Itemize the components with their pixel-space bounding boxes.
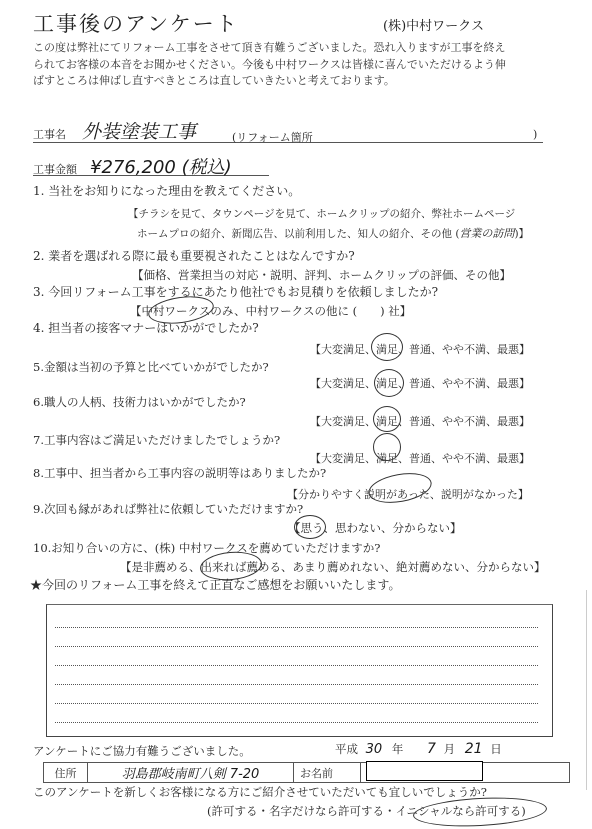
permission-question: このアンケートを新しくお客様になる方にご紹介させていただいても宜しいでしょうか? xyxy=(33,784,487,800)
comment-line-4 xyxy=(55,684,538,685)
month-label: 月 xyxy=(444,742,456,756)
question-5-selection-circle xyxy=(374,369,404,397)
survey-title: 工事後のアンケート xyxy=(33,8,239,38)
question-1-options-text: ホームプロの紹介、新聞広告、以前利用した、知人の紹介、その他 ( xyxy=(137,228,459,240)
date-row: 平成 30 年 7 月 21 日 xyxy=(335,741,502,757)
question-10-options[interactable]: 【是非薦める、出来れば薦める、あまり薦めれない、絶対薦めない、分からない】 xyxy=(120,559,546,575)
question-7-number: 7. xyxy=(33,433,44,447)
address-label: 住所 xyxy=(44,763,88,782)
question-5-options[interactable]: 【大変満足、満足、普通、やや不満、最悪】 xyxy=(310,375,530,391)
question-3-text: 今回リフォーム工事をするにあたり他社でもお見積りを依頼しましたか? xyxy=(48,285,438,299)
question-2-number: 2. xyxy=(33,249,44,263)
company-name: (株)中村ワークス xyxy=(383,15,484,34)
day-label: 日 xyxy=(490,742,502,756)
question-3: 3. 今回リフォーム工事をするにあたり他社でもお見積りを依頼しましたか? xyxy=(33,283,438,300)
thanks-text: アンケートにご協力有難うございました。 xyxy=(33,743,251,759)
comment-textarea[interactable] xyxy=(46,604,553,737)
question-5: 5.金額は当初の予算と比べていかがでしたか? xyxy=(33,359,269,375)
redacted-name-box xyxy=(366,761,483,781)
question-7: 7.工事内容はご満足いただけましたでしょうか? xyxy=(33,432,280,448)
question-10: 10.お知り合いの方に、(株) 中村ワークスを薦めていただけますか? xyxy=(33,540,380,556)
intro-line-3: ばすところは伸ばし直すべきところは直していきたいと考えております。 xyxy=(33,73,506,90)
year-label: 年 xyxy=(392,742,404,756)
customer-info-table: 住所 羽島郡岐南町八剣 7-20 お名前 xyxy=(43,762,570,783)
question-2-options[interactable]: 【価格、営業担当の対応・説明、評判、ホームクリップの評価、その他】 xyxy=(132,267,511,283)
project-name-field[interactable]: 外装塗装工事 xyxy=(82,117,196,144)
question-4-selection-circle xyxy=(371,333,403,361)
reform-location-label: (リフォーム箇所 xyxy=(232,129,313,145)
intro-line-2: られてお客様の本音をお聞かせください。今後も中村ワークスは皆様に喜んでいただける… xyxy=(33,57,506,74)
question-1-other-field[interactable]: 営業の訪問 xyxy=(459,227,514,240)
question-1-options-end: )】 xyxy=(514,228,529,240)
amount-label: 工事金額 xyxy=(33,161,77,177)
month-field[interactable]: 7 xyxy=(427,741,436,757)
question-4-number: 4. xyxy=(33,321,44,335)
question-6: 6.職人の人柄、技術力はいかがでしたか? xyxy=(33,394,246,410)
question-9-text: 次回も縁があれば弊社に依頼していただけますか? xyxy=(44,502,303,516)
question-10-text: お知り合いの方に、(株) 中村ワークスを薦めていただけますか? xyxy=(51,541,380,555)
comment-line-6 xyxy=(55,722,538,723)
question-4-options[interactable]: 【大変満足、満足、普通、やや不満、最悪】 xyxy=(310,341,530,357)
question-5-text: 金額は当初の予算と比べていかがでしたか? xyxy=(44,360,269,374)
year-field[interactable]: 30 xyxy=(366,742,383,757)
intro-line-1: この度は弊社にてリフォーム工事をさせて頂き有難うございました。恐れ入りますが工事… xyxy=(33,40,506,57)
question-8-number: 8. xyxy=(33,466,44,480)
question-1: 1. 当社をお知りになった理由を教えてください。 xyxy=(33,182,300,199)
question-9: 9.次回も縁があれば弊社に依頼していただけますか? xyxy=(33,501,303,517)
reform-location-close: ) xyxy=(533,128,537,141)
address-value: 羽島郡岐南町八剣 7-20 xyxy=(122,763,260,782)
intro-text: この度は弊社にてリフォーム工事をさせて頂き有難うございました。恐れ入りますが工事… xyxy=(33,40,506,90)
comment-line-5 xyxy=(55,703,538,704)
question-5-number: 5. xyxy=(33,360,44,374)
comment-line-3 xyxy=(55,665,538,666)
question-7-text: 工事内容はご満足いただけましたでしょうか? xyxy=(44,433,280,447)
question-7-options[interactable]: 【大変満足、満足、普通、やや不満、最悪】 xyxy=(310,450,530,466)
question-6-selection-circle xyxy=(373,406,401,432)
comment-prompt: ★今回のリフォーム工事を終えて正直なご感想をお願いいたします。 xyxy=(30,576,400,593)
question-9-number: 9. xyxy=(33,502,44,516)
day-field[interactable]: 21 xyxy=(465,741,483,757)
question-2-text: 業者を選ばれる際に最も重要視されたことはなんですか? xyxy=(48,249,354,263)
name-label: お名前 xyxy=(294,763,361,782)
question-10-number: 10. xyxy=(33,541,51,555)
amount-field[interactable]: ¥276,200 (税込) xyxy=(90,153,232,179)
question-4-text: 担当者の接客マナーはいかがでしたか? xyxy=(48,321,258,335)
question-6-text: 職人の人柄、技術力はいかがでしたか? xyxy=(44,395,246,409)
question-1-options-line-1: 【チラシを見て、タウンページを見て、ホームクリップの紹介、弊社ホームページ xyxy=(128,206,515,221)
question-3-number: 3. xyxy=(33,285,44,299)
question-2: 2. 業者を選ばれる際に最も重要視されたことはなんですか? xyxy=(33,247,355,264)
question-9-selection-circle xyxy=(294,515,326,539)
question-6-options[interactable]: 【大変満足、満足、普通、やや不満、最悪】 xyxy=(310,413,530,429)
question-6-number: 6. xyxy=(33,395,44,409)
question-8: 8.工事中、担当者から工事内容の説明等はありましたか? xyxy=(33,465,326,481)
address-field[interactable]: 羽島郡岐南町八剣 7-20 xyxy=(88,763,294,782)
era-label: 平成 xyxy=(335,742,358,756)
question-8-text: 工事中、担当者から工事内容の説明等はありましたか? xyxy=(44,466,326,480)
scan-edge-line xyxy=(586,590,587,790)
question-1-number: 1. xyxy=(33,184,44,198)
question-1-text: 当社をお知りになった理由を教えてください。 xyxy=(48,184,300,198)
question-7-selection-circle xyxy=(373,433,401,461)
question-1-options-line-2: ホームプロの紹介、新聞広告、以前利用した、知人の紹介、その他 (営業の訪問)】 xyxy=(137,225,529,241)
comment-line-2 xyxy=(55,646,538,647)
question-4: 4. 担当者の接客マナーはいかがでしたか? xyxy=(33,319,259,336)
project-name-label: 工事名 xyxy=(33,126,66,142)
comment-line-1 xyxy=(55,627,538,628)
